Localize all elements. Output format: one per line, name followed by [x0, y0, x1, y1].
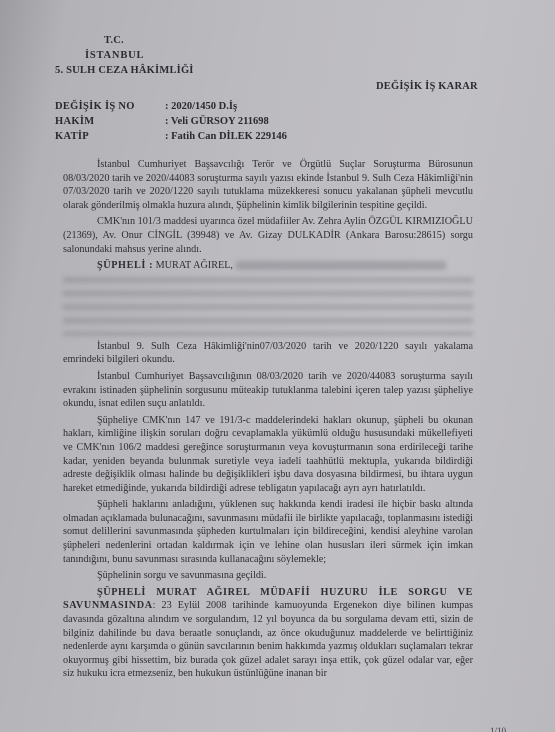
paragraph-warrant: İstanbul 9. Sulh Ceza Hâkimliği'nin07/03… — [63, 340, 473, 367]
meta-value: : Fatih Can DİLEK 229146 — [165, 129, 287, 144]
paragraph-lawyers: CMK'nın 101/3 maddesi uyarınca özel müda… — [63, 215, 473, 256]
suspect-line: ŞÜPHELİ : MURAT AĞIREL, — [63, 259, 473, 273]
meta-value: : 2020/1450 D.İş — [165, 99, 237, 114]
page-number: 1/10 — [490, 726, 506, 732]
document-page: T.C. İSTANBUL 5. SULH CEZA HÂKİMLİĞİ DEĞ… — [0, 0, 555, 732]
paragraph-acknowledgement: Şüpheli haklarını anladığını, yüklenen s… — [63, 498, 473, 566]
redacted-identity-block — [63, 276, 473, 336]
document-body: İstanbul Cumhuriyet Başsavcılığı Terör v… — [63, 158, 473, 684]
header-city: İSTANBUL — [85, 50, 144, 61]
paragraph-defense: ŞÜPHELİ MURAT AĞIREL MÜDAFİİ HUZURU İLE … — [63, 586, 473, 681]
meta-row-judge: HAKİM : Veli GÜRSOY 211698 — [55, 114, 287, 129]
suspect-name: MURAT AĞIREL, — [156, 260, 233, 271]
suspect-label: ŞÜPHELİ : — [97, 260, 153, 271]
defense-text: : 23 Eylül 2008 tarihinde kamuoyunda Erg… — [63, 600, 473, 679]
meta-value: : Veli GÜRSOY 211698 — [165, 114, 269, 129]
meta-row-clerk: KATİP : Fatih Can DİLEK 229146 — [55, 129, 287, 144]
document-type: DEĞİŞİK İŞ KARAR — [376, 81, 478, 92]
meta-row-case-no: DEĞİŞİK İŞ NO : 2020/1450 D.İş — [55, 99, 287, 114]
header-republic: T.C. — [104, 35, 124, 46]
paragraph-rights: Şüpheliye CMK'nın 147 ve 191/3-c maddele… — [63, 414, 473, 496]
header-court: 5. SULH CEZA HÂKİMLİĞİ — [55, 65, 194, 76]
case-metadata: DEĞİŞİK İŞ NO : 2020/1450 D.İş HAKİM : V… — [55, 99, 287, 144]
meta-key: DEĞİŞİK İŞ NO — [55, 99, 165, 114]
paragraph-interrogation-start: Şüphelinin sorgu ve savunmasına geçildi. — [63, 569, 473, 583]
meta-key: KATİP — [55, 129, 165, 144]
meta-key: HAKİM — [55, 114, 165, 129]
redacted-inline — [236, 261, 446, 270]
paragraph-request: İstanbul Cumhuriyet Başsavcılığının 08/0… — [63, 370, 473, 411]
paragraph-intro: İstanbul Cumhuriyet Başsavcılığı Terör v… — [63, 158, 473, 212]
